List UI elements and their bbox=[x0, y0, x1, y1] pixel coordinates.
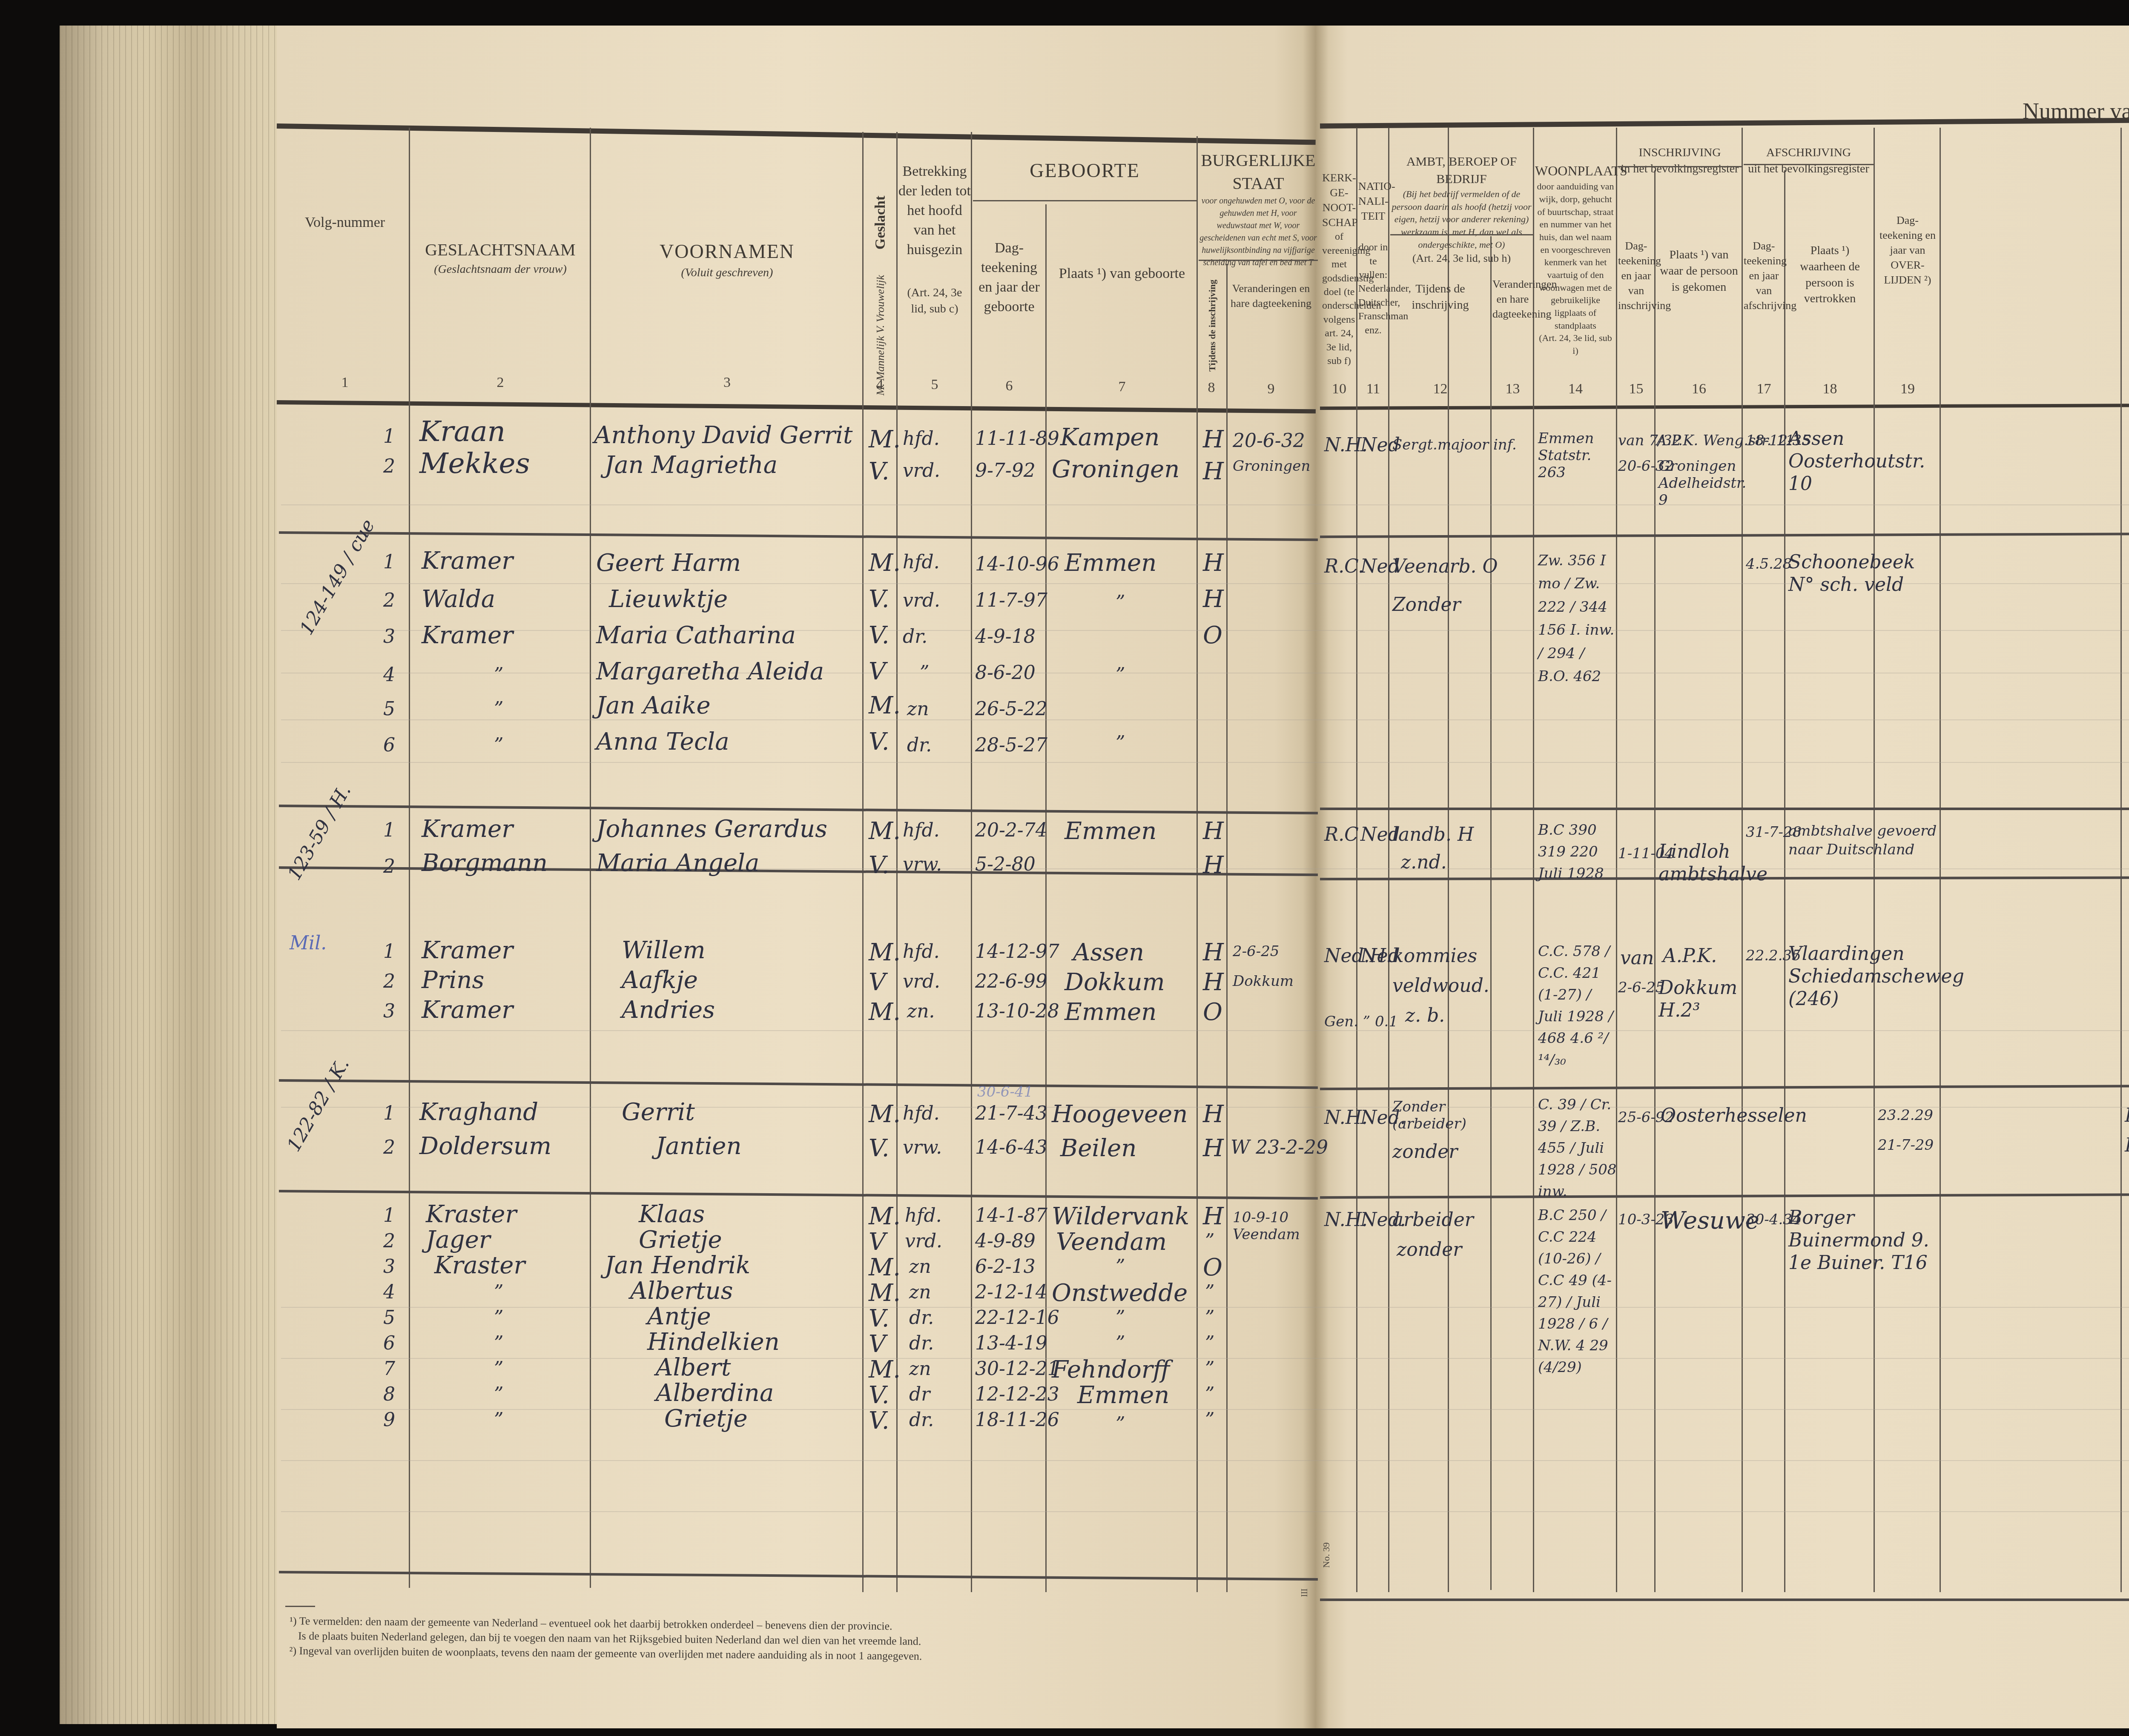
column-number: 14 bbox=[1535, 381, 1616, 397]
header-col-10: KERK-GE-NOOT-SCHAPof vereeniging met god… bbox=[1322, 170, 1356, 368]
given-names: Margaretha Aleida bbox=[596, 658, 824, 685]
registration-origin: A.P.K. bbox=[1663, 945, 1717, 967]
birth-place: ” bbox=[1116, 592, 1125, 613]
birth-place: ” bbox=[1116, 732, 1125, 754]
row-number: 5 bbox=[383, 698, 395, 720]
row-number: 2 bbox=[383, 856, 395, 877]
sex: V. bbox=[869, 728, 889, 756]
deregistration-destination: ambtshalve gevoerd naar Duitschland bbox=[1788, 822, 1942, 859]
birth-place: ” bbox=[1116, 1307, 1125, 1329]
header-col-19: Dag-teekening en jaar van OVER-LIJDEN ²) bbox=[1876, 213, 1940, 287]
surname: Kraster bbox=[434, 1252, 525, 1279]
column-number: 7 bbox=[1047, 379, 1196, 395]
col-divider bbox=[590, 128, 591, 1588]
col-divider bbox=[1226, 264, 1228, 1592]
header-col-8: Tijdens de inschrijving bbox=[1197, 272, 1225, 383]
death-date: 21-7-29 bbox=[1878, 1137, 1934, 1154]
column-number: 13 bbox=[1492, 381, 1533, 397]
birth-place: ” bbox=[1116, 664, 1125, 686]
row-number: 3 bbox=[383, 1256, 395, 1278]
relation: dr. bbox=[903, 626, 927, 647]
row-number: 8 bbox=[383, 1384, 395, 1405]
col-divider bbox=[1654, 170, 1656, 1592]
column-number: 11 bbox=[1358, 381, 1388, 397]
birth-date: 5-2-80 bbox=[975, 854, 1036, 875]
header-col-14: WOONPLAATSdoor aanduiding van wijk, dorp… bbox=[1535, 162, 1616, 357]
relation: vrd. bbox=[903, 460, 940, 481]
birth-place: Veendam bbox=[1056, 1228, 1167, 1256]
given-names: Maria Angela bbox=[596, 849, 759, 877]
civil-status-change: 2-6-25 bbox=[1233, 943, 1280, 960]
birth-place: Assen bbox=[1073, 939, 1144, 966]
given-names: Maria Catharina bbox=[596, 622, 796, 649]
birth-date: 14-12-97 bbox=[975, 941, 1059, 963]
civil-status: O bbox=[1203, 622, 1222, 649]
column-number: 12 bbox=[1390, 381, 1490, 397]
header-geboorte: GEBOORTE bbox=[973, 158, 1196, 184]
sex: M. bbox=[869, 1279, 901, 1307]
birth-date: 14-10-96 bbox=[975, 553, 1059, 575]
birth-date: 26-5-22 bbox=[975, 698, 1047, 720]
civil-status: H bbox=[1203, 851, 1224, 879]
civil-status-change: Groningen bbox=[1233, 458, 1310, 475]
church: R.C bbox=[1324, 824, 1359, 845]
birth-date: 20-2-74 bbox=[975, 819, 1047, 841]
birth-date: 4-9-89 bbox=[975, 1230, 1036, 1252]
column-number: 4 bbox=[864, 377, 896, 393]
row-number: 1 bbox=[383, 426, 395, 447]
column-number: 10 bbox=[1322, 381, 1356, 397]
birth-place: Dokkum bbox=[1064, 968, 1165, 996]
occupation: Zonder bbox=[1392, 594, 1461, 616]
header-col-13: Veranderingen en hare dagteekening bbox=[1492, 277, 1533, 321]
occupation: Zonder (arbeider) bbox=[1392, 1098, 1448, 1132]
column-number: 6 bbox=[973, 378, 1045, 394]
sex: M. bbox=[869, 1254, 901, 1281]
given-names: Jan Aaike bbox=[596, 692, 711, 719]
birth-place: Hoogeveen bbox=[1052, 1100, 1188, 1128]
column-number: 2 bbox=[411, 375, 590, 391]
header-col-3: VOORNAMEN(Voluit geschreven) bbox=[592, 238, 862, 281]
sex: V. bbox=[869, 622, 889, 649]
relation: hfd. bbox=[903, 551, 940, 573]
header-col-12: Tijdens de inschrijving bbox=[1390, 281, 1490, 313]
col-divider bbox=[1356, 128, 1357, 1592]
occupation: Sergt.majoor inf. bbox=[1392, 436, 1517, 453]
column-number: 8 bbox=[1197, 380, 1225, 396]
header-subrule bbox=[973, 200, 1196, 201]
given-names: Jantien bbox=[656, 1132, 742, 1160]
registration-origin: Oosterhesselen bbox=[1661, 1105, 1807, 1126]
deregistration-destination: Schoonebeek N° sch. veld bbox=[1788, 551, 1916, 596]
deregistration-destination: Borger Buinermond 9. 1e Buiner. T16 bbox=[1788, 1207, 1942, 1274]
birth-place: Emmen bbox=[1064, 817, 1156, 845]
book-page-stack bbox=[60, 26, 281, 1724]
residence: C.C. 578 / C.C. 421 (1-27) / Juli 1928 /… bbox=[1538, 941, 1617, 1071]
header-col-9: Veranderingen en hare dagteekening bbox=[1228, 281, 1314, 311]
residence: Zw. 356 I mo / Zw. 222 / 344 156 I. inw.… bbox=[1538, 549, 1617, 688]
civil-status: H bbox=[1203, 1203, 1224, 1230]
birth-date: 11-7-97 bbox=[975, 590, 1047, 611]
footnotes: ¹) Te vermelden: den naam der gemeente v… bbox=[290, 1613, 1099, 1665]
relation: vrd. bbox=[903, 971, 940, 992]
relation: dr. bbox=[909, 1307, 934, 1329]
civil-status: H bbox=[1203, 1100, 1224, 1128]
civil-status: O bbox=[1203, 1254, 1222, 1281]
household-separator bbox=[1320, 808, 2129, 810]
surname: Doldersum bbox=[419, 1132, 551, 1160]
relation: vrw. bbox=[903, 1137, 942, 1158]
civil-status-change: W 23-2-29 bbox=[1231, 1137, 1328, 1158]
residence: Emmen Statstr. 263 bbox=[1538, 430, 1615, 481]
given-names: Klaas bbox=[639, 1200, 705, 1228]
surname: Kramer bbox=[422, 547, 513, 575]
sex: V. bbox=[869, 1305, 889, 1332]
registration-origin: Dokkum H.2³ bbox=[1658, 977, 1744, 1022]
row-number: 1 bbox=[383, 819, 395, 841]
civil-status: H bbox=[1203, 458, 1224, 485]
surname: ” bbox=[494, 1281, 504, 1303]
sex: M. bbox=[869, 1100, 901, 1128]
surname: Kramer bbox=[422, 815, 513, 843]
sex: V. bbox=[869, 1381, 889, 1409]
registration-date: van bbox=[1620, 947, 1654, 969]
civil-status-change: 10-9-10 bbox=[1233, 1209, 1288, 1226]
relation: hfd. bbox=[903, 819, 940, 841]
surname: ” bbox=[494, 1307, 504, 1329]
column-number: 18 bbox=[1786, 381, 1874, 397]
civil-status: ” bbox=[1205, 1358, 1215, 1380]
given-names: Lieuwktje bbox=[609, 585, 728, 613]
given-names: Antje bbox=[647, 1303, 711, 1330]
column-number: 15 bbox=[1618, 381, 1654, 397]
birth-date: 14-1-87 bbox=[975, 1205, 1047, 1226]
relation: zn. bbox=[907, 1000, 935, 1022]
relation: vrd. bbox=[903, 590, 940, 611]
civil-status: H bbox=[1203, 426, 1224, 453]
birth-date: 2-12-14 bbox=[975, 1281, 1047, 1303]
relation: hfd. bbox=[905, 1205, 942, 1226]
row-number: 6 bbox=[383, 1332, 395, 1354]
surname: Kraan bbox=[419, 415, 505, 448]
civil-status: H bbox=[1203, 1134, 1224, 1162]
remark: Inv. A.R. bbox=[2125, 1134, 2129, 1156]
occupation: landb. H bbox=[1392, 824, 1474, 845]
sex: M. bbox=[869, 692, 901, 719]
header-col-7: Plaats ¹) van geboorte bbox=[1047, 264, 1196, 284]
header-subrule bbox=[1199, 260, 1318, 261]
birth-place: Emmen bbox=[1077, 1381, 1169, 1409]
table-bottom-rule bbox=[1320, 1598, 2129, 1601]
occupation: z. b. bbox=[1405, 1005, 1445, 1026]
remark: Inv. Acc bbox=[2125, 1105, 2129, 1126]
birth-date-correction: 30-6-41 bbox=[977, 1083, 1033, 1100]
header-col-2: GESLACHTSNAAM(Geslachtsnaam der vrouw) bbox=[411, 238, 590, 278]
civil-status: H bbox=[1203, 968, 1224, 996]
birth-place: Groningen bbox=[1052, 455, 1179, 483]
column-number: 20 bbox=[2120, 381, 2129, 397]
occupation: z.nd. bbox=[1401, 851, 1447, 873]
birth-date: 14-6-43 bbox=[975, 1137, 1047, 1158]
sex: M. bbox=[869, 1203, 901, 1230]
registration-origin: Lindloh ambtshalve bbox=[1658, 841, 1744, 886]
birth-place: Emmen bbox=[1064, 998, 1156, 1026]
given-names: Gerrit bbox=[622, 1098, 695, 1126]
birth-date: 18-11-26 bbox=[975, 1409, 1059, 1431]
birth-date: 12-12-23 bbox=[975, 1384, 1059, 1405]
registration-origin: Wesuwe bbox=[1661, 1207, 1759, 1235]
surname: ” bbox=[494, 1384, 504, 1405]
civil-status: O bbox=[1203, 998, 1222, 1026]
sex: M. bbox=[869, 998, 901, 1026]
birth-place: ” bbox=[1116, 1332, 1125, 1354]
header-burgerlijke-staat: BURGERLIJKE STAATvoor ongehuwden met O, … bbox=[1199, 149, 1318, 269]
relation: dr. bbox=[909, 1332, 934, 1354]
surname: ” bbox=[494, 1332, 504, 1354]
given-names: Grietje bbox=[664, 1405, 748, 1432]
row-number: 2 bbox=[383, 1137, 395, 1158]
header-col-1: Volg-nummer bbox=[281, 213, 409, 232]
col-divider bbox=[1784, 170, 1785, 1592]
relation: vrw. bbox=[903, 854, 942, 875]
given-names: Geert Harm bbox=[596, 549, 741, 577]
birth-place: Emmen bbox=[1064, 549, 1156, 577]
header-afschrijving: AFSCHRIJVINGuit het bevolkingsregister bbox=[1744, 145, 1874, 177]
header-col-15: Dag-teekening en jaar van inschrijving bbox=[1618, 238, 1654, 313]
sex: V. bbox=[869, 851, 889, 879]
relation: zn bbox=[909, 1281, 931, 1303]
relation: zn bbox=[909, 1256, 931, 1278]
birth-date: 8-6-20 bbox=[975, 662, 1036, 684]
row-number: 1 bbox=[383, 941, 395, 963]
civil-status-change: 20-6-32 bbox=[1233, 430, 1305, 452]
birth-date: 22-6-99 bbox=[975, 971, 1047, 992]
church: Gen. ” 0.1 bbox=[1324, 1013, 1398, 1030]
row-number: 2 bbox=[383, 590, 395, 611]
given-names: Albert bbox=[656, 1354, 731, 1381]
relation: hfd. bbox=[903, 1103, 940, 1124]
civil-status: H bbox=[1203, 549, 1224, 577]
row-number: 2 bbox=[383, 971, 395, 992]
deregistration-destination: Assen Oosterhoutstr. 10 bbox=[1788, 428, 1916, 495]
birth-date: 22-12-16 bbox=[975, 1307, 1059, 1329]
row-number: 1 bbox=[383, 1205, 395, 1226]
birth-place: Onstwedde bbox=[1052, 1279, 1188, 1307]
relation: hfd. bbox=[903, 941, 940, 963]
surname: ” bbox=[494, 698, 504, 720]
civil-status: H bbox=[1203, 817, 1224, 845]
birth-date: 30-12-21 bbox=[975, 1358, 1059, 1380]
sex: M. bbox=[869, 426, 901, 453]
header-subrule bbox=[1618, 166, 1742, 167]
row-number: 1 bbox=[383, 551, 395, 573]
surname: ” bbox=[494, 1409, 504, 1431]
birth-date: 11-11-89 bbox=[975, 428, 1059, 450]
occupation: arbeider bbox=[1392, 1209, 1474, 1231]
col-divider bbox=[2120, 128, 2122, 1592]
given-names: Anna Tecla bbox=[596, 728, 729, 756]
relation: hfd. bbox=[903, 428, 940, 450]
surname: Walda bbox=[422, 585, 495, 613]
relation: zn bbox=[909, 1358, 931, 1380]
surname: Prins bbox=[422, 966, 484, 994]
given-names: Hindelkien bbox=[647, 1328, 780, 1356]
row-number: 7 bbox=[383, 1358, 395, 1380]
given-names: Johannes Gerardus bbox=[596, 815, 827, 843]
header-ambt: AMBT, BEROEP OF BEDRIJF(Bij het bedrijf … bbox=[1390, 153, 1533, 266]
civil-status: ” bbox=[1205, 1307, 1215, 1329]
relation: zn bbox=[907, 698, 929, 720]
col-divider bbox=[971, 132, 972, 1592]
occupation: zonder bbox=[1397, 1239, 1462, 1260]
column-number: 1 bbox=[281, 375, 409, 391]
birth-place: ” bbox=[1116, 1413, 1125, 1435]
header-col-20: AAN-MERKINGEN(Art. 24, 5e lid) bbox=[2120, 238, 2129, 284]
birth-date: 9-7-92 bbox=[975, 460, 1036, 481]
residence: C. 39 / Cr. 39 / Z.B. 455 / Juli 1928 / … bbox=[1538, 1094, 1617, 1203]
row-number: 2 bbox=[383, 1230, 395, 1252]
row-number: 3 bbox=[383, 626, 395, 647]
civil-status: ” bbox=[1205, 1332, 1215, 1354]
birth-date: 21-7-43 bbox=[975, 1103, 1047, 1124]
row-number: 2 bbox=[383, 455, 395, 477]
surname: Borgmann bbox=[422, 849, 548, 877]
residence: B.C 250 / C.C 224 (10-26) / C.C 49 (4-27… bbox=[1538, 1205, 1617, 1378]
given-names: Anthony David Gerrit bbox=[594, 421, 853, 449]
row-number: 4 bbox=[383, 1281, 395, 1303]
header-col-11: NATIO-NALI-TEITdoor in te vullen: Nederl… bbox=[1358, 179, 1388, 337]
sex: V bbox=[869, 1228, 886, 1256]
given-names: Grietje bbox=[639, 1226, 722, 1254]
surname: Kramer bbox=[422, 996, 513, 1024]
sex: V. bbox=[869, 585, 889, 613]
birth-date: 13-10-28 bbox=[975, 1000, 1059, 1022]
surname: ” bbox=[494, 664, 504, 686]
header-subrule bbox=[1744, 164, 1874, 165]
surname: ” bbox=[494, 1358, 504, 1380]
occupation: veldwoud. bbox=[1392, 975, 1489, 997]
given-names: Albertus bbox=[630, 1277, 733, 1305]
given-names: Aafkje bbox=[622, 966, 698, 994]
header-col-16: Plaats ¹) van waar de persoon is gekomen bbox=[1656, 247, 1742, 295]
civil-status: ” bbox=[1205, 1281, 1215, 1303]
birth-place: Kampen bbox=[1060, 424, 1159, 451]
column-number: 3 bbox=[592, 375, 862, 391]
given-names: Willem bbox=[622, 937, 706, 964]
footnote-rule bbox=[285, 1606, 315, 1607]
header-inschrijving: INSCHRIJVINGin het bevolkingsregister bbox=[1618, 145, 1742, 177]
margin-note: Mil. bbox=[290, 932, 327, 954]
birth-place: ” bbox=[1116, 1256, 1125, 1278]
sex: V bbox=[869, 968, 886, 996]
civil-status: ” bbox=[1205, 1230, 1215, 1252]
sex: M. bbox=[869, 1356, 901, 1384]
surname: Kramer bbox=[422, 622, 513, 649]
birth-date: 28-5-27 bbox=[975, 734, 1047, 756]
surname: Kraster bbox=[426, 1200, 516, 1228]
occupation: kommies bbox=[1392, 945, 1477, 967]
given-names: Jan Hendrik bbox=[605, 1252, 750, 1279]
sex: M. bbox=[869, 817, 901, 845]
registration-origin: Groningen Adelheidstr. 9 bbox=[1658, 458, 1744, 509]
col-divider bbox=[1448, 128, 1449, 1592]
birth-place: Wildervank bbox=[1052, 1203, 1189, 1230]
birth-date: 13-4-19 bbox=[975, 1332, 1047, 1354]
surname: Jager bbox=[426, 1226, 491, 1254]
form-number: No. 39 bbox=[1321, 1542, 1332, 1568]
church: R.C. bbox=[1324, 556, 1364, 577]
column-number: 16 bbox=[1656, 381, 1742, 397]
header-col-4: GeslachtM. Mannelijk V. Vrouwelijk bbox=[864, 136, 896, 400]
col-divider bbox=[1940, 128, 1941, 1592]
column-number: 17 bbox=[1744, 381, 1784, 397]
birth-date: 6-2-13 bbox=[975, 1256, 1036, 1278]
civil-status-change: Dokkum bbox=[1233, 973, 1294, 990]
header-col-18: Plaats ¹) waarheen de persoon is vertrok… bbox=[1786, 243, 1874, 307]
surname: Kramer bbox=[422, 937, 513, 964]
death-date: 23.2.29 bbox=[1878, 1107, 1933, 1124]
column-number: 9 bbox=[1228, 381, 1314, 397]
col-divider bbox=[1533, 128, 1534, 1592]
birth-place: Beilen bbox=[1060, 1134, 1136, 1162]
deregistration-destination: Vlaardingen Schiedamscheweg (246) bbox=[1788, 943, 1925, 1010]
row-number: 4 bbox=[383, 664, 395, 686]
col-divider bbox=[409, 128, 410, 1588]
sex: V. bbox=[869, 1134, 889, 1162]
sex: V. bbox=[869, 1407, 889, 1435]
gutter-mark: III bbox=[1300, 1589, 1310, 1597]
surname: Mekkes bbox=[419, 447, 530, 480]
relation: ” bbox=[920, 662, 930, 684]
column-number: 5 bbox=[898, 377, 971, 393]
relation: dr bbox=[909, 1384, 930, 1405]
birth-place: Fehndorff bbox=[1052, 1356, 1170, 1384]
civil-status-change: Veendam bbox=[1233, 1226, 1300, 1243]
relation: dr. bbox=[907, 734, 932, 756]
col-divider bbox=[1388, 128, 1389, 1592]
col-divider bbox=[1874, 128, 1875, 1592]
row-number: 3 bbox=[383, 1000, 395, 1022]
surname: Kraghand bbox=[419, 1098, 538, 1126]
sex: M. bbox=[869, 549, 901, 577]
surname: ” bbox=[494, 734, 504, 756]
row-number: 9 bbox=[383, 1409, 395, 1431]
residence: B.C 390 319 220 Juli 1928 bbox=[1538, 819, 1617, 885]
civil-status: ” bbox=[1205, 1409, 1215, 1431]
row-number: 1 bbox=[383, 1103, 395, 1124]
sex: V bbox=[869, 658, 886, 685]
header-subrule bbox=[1390, 234, 1533, 235]
header-col-5: Betrekking der leden tot het hoofd van h… bbox=[898, 162, 971, 317]
row-number: 6 bbox=[383, 734, 395, 756]
civil-status: ” bbox=[1205, 1384, 1215, 1405]
row-number: 5 bbox=[383, 1307, 395, 1329]
sex: V. bbox=[869, 458, 889, 485]
header-col-6: Dag-teekening en jaar der geboorte bbox=[973, 238, 1045, 317]
civil-status: H bbox=[1203, 939, 1224, 966]
given-names: Alberdina bbox=[656, 1379, 774, 1407]
civil-status: H bbox=[1203, 585, 1224, 613]
registration-date: 2-6-25 bbox=[1618, 979, 1665, 996]
sex: M. bbox=[869, 939, 901, 966]
deregistration-date: 4.5.28 bbox=[1746, 556, 1792, 573]
sex: V bbox=[869, 1330, 886, 1358]
relation: dr. bbox=[909, 1409, 934, 1431]
birth-date: 4-9-18 bbox=[975, 626, 1036, 647]
header-col-17: Dag-teekening en jaar van afschrijving bbox=[1744, 238, 1784, 313]
occupation: zonder bbox=[1392, 1141, 1458, 1163]
column-number: 19 bbox=[1876, 381, 1940, 397]
